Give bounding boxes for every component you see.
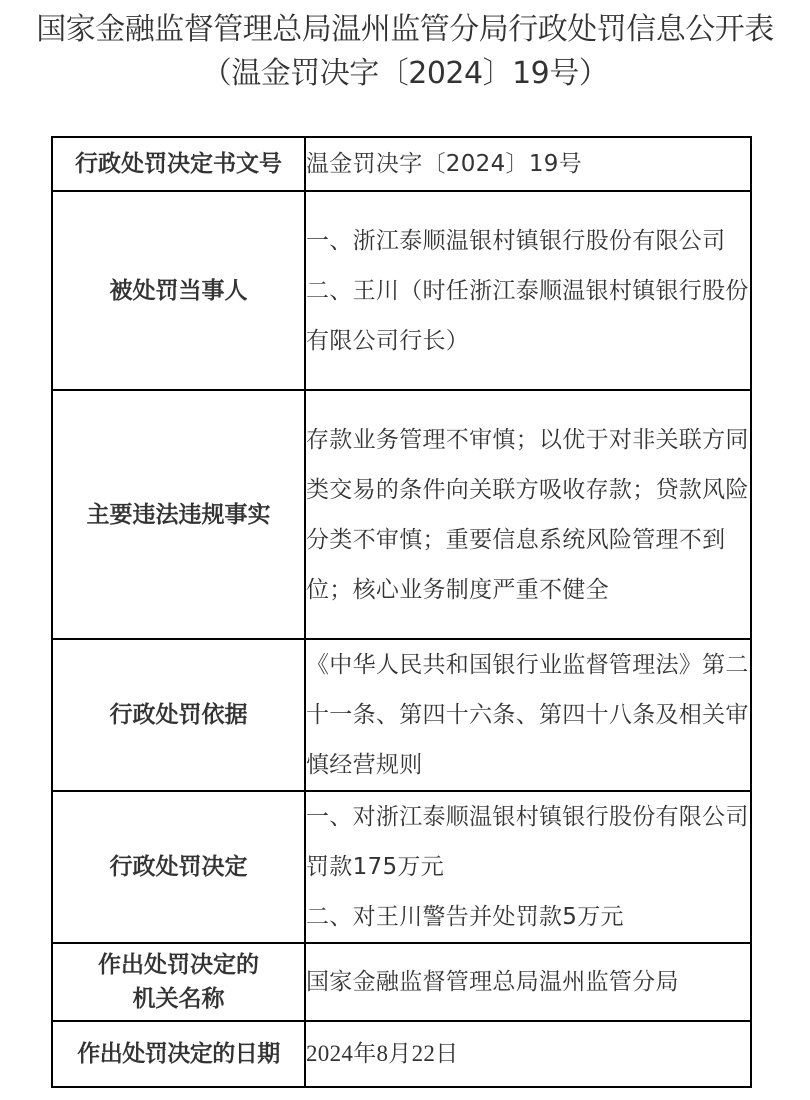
row-label: 行政处罚决定书文号 bbox=[52, 137, 305, 191]
row-label: 行政处罚依据 bbox=[52, 639, 305, 791]
table-row-penalty-decision: 行政处罚决定 一、对浙江泰顺温银村镇银行股份有限公司罚款175万元 二、对王川警… bbox=[52, 791, 751, 943]
row-value: 一、浙江泰顺温银村镇银行股份有限公司 二、王川（时任浙江泰顺温银村镇银行股份有限… bbox=[305, 191, 751, 390]
party-item-1: 一、浙江泰顺温银村镇银行股份有限公司 bbox=[306, 216, 750, 266]
row-label: 作出处罚决定的日期 bbox=[52, 1021, 305, 1087]
row-value: 国家金融监督管理总局温州监管分局 bbox=[305, 943, 751, 1021]
row-value: 《中华人民共和国银行业监督管理法》第二十一条、第四十六条、第四十八条及相关审慎经… bbox=[305, 639, 751, 791]
row-value: 温金罚决字〔2024〕19号 bbox=[305, 137, 751, 191]
table-row-decision-date: 作出处罚决定的日期 2024年8月22日 bbox=[52, 1021, 751, 1087]
decision-number-value: 温金罚决字〔2024〕19号 bbox=[306, 139, 750, 189]
table-row-issuing-agency: 作出处罚决定的机关名称 国家金融监督管理总局温州监管分局 bbox=[52, 943, 751, 1021]
row-value: 2024年8月22日 bbox=[305, 1021, 751, 1087]
table-row-legal-basis: 行政处罚依据 《中华人民共和国银行业监督管理法》第二十一条、第四十六条、第四十八… bbox=[52, 639, 751, 791]
row-label: 作出处罚决定的机关名称 bbox=[52, 943, 305, 1021]
row-label: 被处罚当事人 bbox=[52, 191, 305, 390]
violation-facts-text: 存款业务管理不审慎；以优于对非关联方同类交易的条件向关联方吸收存款；贷款风险分类… bbox=[306, 415, 750, 615]
penalty-info-table: 行政处罚决定书文号 温金罚决字〔2024〕19号 被处罚当事人 一、浙江泰顺温银… bbox=[51, 136, 752, 1088]
issuing-agency-value: 国家金融监督管理总局温州监管分局 bbox=[306, 957, 750, 1007]
party-item-2: 二、王川（时任浙江泰顺温银村镇银行股份有限公司行长） bbox=[306, 266, 750, 366]
decision-item-2: 二、对王川警告并处罚款5万元 bbox=[306, 892, 750, 942]
table-row-penalized-party: 被处罚当事人 一、浙江泰顺温银村镇银行股份有限公司 二、王川（时任浙江泰顺温银村… bbox=[52, 191, 751, 390]
decision-date-value: 2024年8月22日 bbox=[306, 1029, 750, 1079]
row-value: 一、对浙江泰顺温银村镇银行股份有限公司罚款175万元 二、对王川警告并处罚款5万… bbox=[305, 791, 751, 943]
table-row-violation-facts: 主要违法违规事实 存款业务管理不审慎；以优于对非关联方同类交易的条件向关联方吸收… bbox=[52, 390, 751, 639]
page-title: 国家金融监督管理总局温州监管分局行政处罚信息公开表 bbox=[0, 12, 810, 48]
decision-item-1: 一、对浙江泰顺温银村镇银行股份有限公司罚款175万元 bbox=[306, 792, 750, 892]
row-label: 主要违法违规事实 bbox=[52, 390, 305, 639]
table-row-decision-number: 行政处罚决定书文号 温金罚决字〔2024〕19号 bbox=[52, 137, 751, 191]
row-label: 行政处罚决定 bbox=[52, 791, 305, 943]
legal-basis-text: 《中华人民共和国银行业监督管理法》第二十一条、第四十六条、第四十八条及相关审慎经… bbox=[306, 640, 750, 790]
row-value: 存款业务管理不审慎；以优于对非关联方同类交易的条件向关联方吸收存款；贷款风险分类… bbox=[305, 390, 751, 639]
decision-number-subtitle: （温金罚决字〔2024〕19号） bbox=[0, 56, 810, 92]
